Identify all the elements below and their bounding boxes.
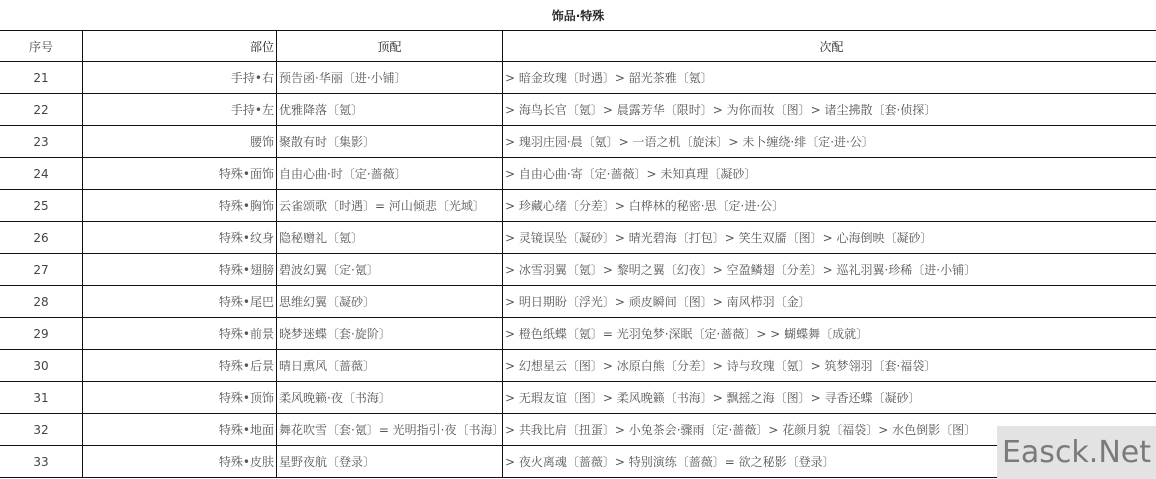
cell-sub: > 冰雪羽翼〔氪〕> 黎明之翼〔幻夜〕> 空盈鳞翅〔分差〕> 巡礼羽翼·珍稀〔进… bbox=[503, 254, 1156, 286]
cell-no: 27 bbox=[0, 254, 83, 286]
cell-no: 28 bbox=[0, 286, 83, 318]
cell-no: 22 bbox=[0, 94, 83, 126]
table-row: 30 特殊•后景 晴日熏风〔蔷薇〕 > 幻想星云〔图〕> 冰原白熊〔分差〕> 诗… bbox=[0, 350, 1156, 382]
table-row: 23 腰饰 聚散有时〔集影〕 > 瑰羽庄园·晨〔氪〕> 一语之机〔旋沫〕> 未卜… bbox=[0, 126, 1156, 158]
table-row: 22 手持•左 优雅降落〔氪〕 > 海鸟长官〔氪〕> 晨露芳华〔限时〕> 为你而… bbox=[0, 94, 1156, 126]
header-no: 序号 bbox=[0, 31, 83, 62]
cell-top: 柔风晚籁·夜〔书海〕 bbox=[277, 382, 503, 414]
cell-top: 自由心曲·时〔定·蔷薇〕 bbox=[277, 158, 503, 190]
table-title: 饰品·特殊 bbox=[0, 5, 1156, 27]
cell-top: 星野夜航〔登录〕 bbox=[277, 446, 503, 478]
cell-no: 30 bbox=[0, 350, 83, 382]
cell-top: 隐秘赠礼〔氪〕 bbox=[277, 222, 503, 254]
cell-top: 碧波幻翼〔定·氪〕 bbox=[277, 254, 503, 286]
cell-sub: > 无瑕友谊〔图〕> 柔风晚籁〔书海〕> 飘摇之海〔图〕> 寻香还蝶〔凝砂〕 bbox=[503, 382, 1156, 414]
cell-no: 26 bbox=[0, 222, 83, 254]
table-row: 29 特殊•前景 晓梦迷蝶〔套·旋阶〕 > 橙色纸蝶〔氪〕= 光羽兔梦·深眠〔定… bbox=[0, 318, 1156, 350]
cell-part: 特殊•地面 bbox=[83, 414, 277, 446]
cell-sub: > 自由心曲·寄〔定·蔷薇〕> 未知真理〔凝砂〕 bbox=[503, 158, 1156, 190]
cell-part: 特殊•纹身 bbox=[83, 222, 277, 254]
cell-part: 特殊•翅膀 bbox=[83, 254, 277, 286]
table-row: 24 特殊•面饰 自由心曲·时〔定·蔷薇〕 > 自由心曲·寄〔定·蔷薇〕> 未知… bbox=[0, 158, 1156, 190]
cell-top: 聚散有时〔集影〕 bbox=[277, 126, 503, 158]
table-row: 33 特殊•皮肤 星野夜航〔登录〕 > 夜火离魂〔蔷薇〕> 特别演练〔蔷薇〕= … bbox=[0, 446, 1156, 478]
cell-part: 特殊•面饰 bbox=[83, 158, 277, 190]
cell-part: 特殊•前景 bbox=[83, 318, 277, 350]
table-row: 28 特殊•尾巴 思维幻翼〔凝砂〕 > 明日期盼〔浮光〕> 顽皮瞬间〔图〕> 南… bbox=[0, 286, 1156, 318]
header-sub: 次配 bbox=[503, 31, 1156, 62]
cell-no: 23 bbox=[0, 126, 83, 158]
cell-no: 29 bbox=[0, 318, 83, 350]
cell-sub: > 灵镜误坠〔凝砂〕> 晴光碧海〔打包〕> 笑生双靥〔图〕> 心海倒映〔凝砂〕 bbox=[503, 222, 1156, 254]
cell-sub: > 珍藏心绪〔分差〕> 白桦林的秘密·思〔定·进·公〕 bbox=[503, 190, 1156, 222]
cell-part: 特殊•皮肤 bbox=[83, 446, 277, 478]
cell-no: 32 bbox=[0, 414, 83, 446]
cell-part: 腰饰 bbox=[83, 126, 277, 158]
cell-sub: > 海鸟长官〔氪〕> 晨露芳华〔限时〕> 为你而妆〔图〕> 诸尘拂散〔套·侦探〕 bbox=[503, 94, 1156, 126]
cell-part: 手持•左 bbox=[83, 94, 277, 126]
cell-no: 21 bbox=[0, 62, 83, 94]
cell-sub: > 明日期盼〔浮光〕> 顽皮瞬间〔图〕> 南风栉羽〔金〕 bbox=[503, 286, 1156, 318]
table-row: 26 特殊•纹身 隐秘赠礼〔氪〕 > 灵镜误坠〔凝砂〕> 晴光碧海〔打包〕> 笑… bbox=[0, 222, 1156, 254]
cell-top: 舞花吹雪〔套·氪〕= 光明指引·夜〔书海〕 bbox=[277, 414, 503, 446]
cell-top: 晴日熏风〔蔷薇〕 bbox=[277, 350, 503, 382]
cell-part: 手持•右 bbox=[83, 62, 277, 94]
cell-top: 思维幻翼〔凝砂〕 bbox=[277, 286, 503, 318]
cell-no: 33 bbox=[0, 446, 83, 478]
table-row: 31 特殊•顶饰 柔风晚籁·夜〔书海〕 > 无瑕友谊〔图〕> 柔风晚籁〔书海〕>… bbox=[0, 382, 1156, 414]
cell-sub: > 幻想星云〔图〕> 冰原白熊〔分差〕> 诗与玫瑰〔氪〕> 筑梦翎羽〔套·福袋〕 bbox=[503, 350, 1156, 382]
header-top: 顶配 bbox=[277, 31, 503, 62]
watermark-logo: Easck.Net bbox=[997, 426, 1156, 479]
table-row: 32 特殊•地面 舞花吹雪〔套·氪〕= 光明指引·夜〔书海〕 > 共我比肩〔扭蛋… bbox=[0, 414, 1156, 446]
cell-sub: > 瑰羽庄园·晨〔氪〕> 一语之机〔旋沫〕> 未卜缠绕·绯〔定·进·公〕 bbox=[503, 126, 1156, 158]
cell-part: 特殊•尾巴 bbox=[83, 286, 277, 318]
cell-sub: > 暗金玫瑰〔时遇〕> 韶光茶雅〔氪〕 bbox=[503, 62, 1156, 94]
cell-no: 24 bbox=[0, 158, 83, 190]
cell-no: 25 bbox=[0, 190, 83, 222]
header-part: 部位 bbox=[83, 31, 277, 62]
cell-no: 31 bbox=[0, 382, 83, 414]
table-row: 21 手持•右 预告函·华丽〔进·小铺〕 > 暗金玫瑰〔时遇〕> 韶光茶雅〔氪〕 bbox=[0, 62, 1156, 94]
cell-part: 特殊•胸饰 bbox=[83, 190, 277, 222]
table-row: 25 特殊•胸饰 云雀颂歌〔时遇〕= 河山倾悲〔光域〕 > 珍藏心绪〔分差〕> … bbox=[0, 190, 1156, 222]
cell-part: 特殊•后景 bbox=[83, 350, 277, 382]
cell-sub: > 橙色纸蝶〔氪〕= 光羽兔梦·深眠〔定·蔷薇〕> > 蝴蝶舞〔成就〕 bbox=[503, 318, 1156, 350]
accessories-table: 序号 部位 顶配 次配 21 手持•右 预告函·华丽〔进·小铺〕 > 暗金玫瑰〔… bbox=[0, 30, 1156, 478]
cell-top: 云雀颂歌〔时遇〕= 河山倾悲〔光域〕 bbox=[277, 190, 503, 222]
cell-top: 晓梦迷蝶〔套·旋阶〕 bbox=[277, 318, 503, 350]
cell-top: 优雅降落〔氪〕 bbox=[277, 94, 503, 126]
table-row: 27 特殊•翅膀 碧波幻翼〔定·氪〕 > 冰雪羽翼〔氪〕> 黎明之翼〔幻夜〕> … bbox=[0, 254, 1156, 286]
cell-top: 预告函·华丽〔进·小铺〕 bbox=[277, 62, 503, 94]
cell-part: 特殊•顶饰 bbox=[83, 382, 277, 414]
table-header-row: 序号 部位 顶配 次配 bbox=[0, 31, 1156, 62]
